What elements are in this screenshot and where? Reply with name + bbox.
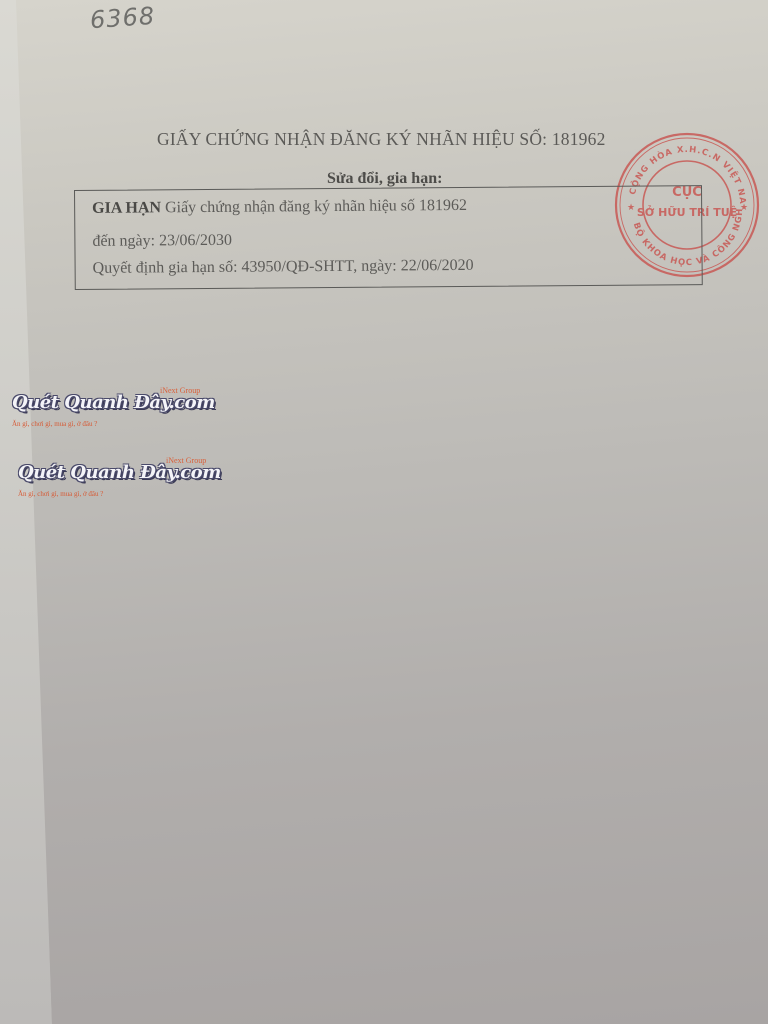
renewal-label: GIA HẠN xyxy=(92,199,161,217)
renewal-box: GIA HẠN Giấy chứng nhận đăng ký nhãn hiệ… xyxy=(74,185,703,290)
renewal-certificate-text: Giấy chứng nhận đăng ký nhãn hiệu số 181… xyxy=(161,197,467,216)
certificate-title: GIẤY CHỨNG NHẬN ĐĂNG KÝ NHÃN HIỆU SỐ: 18… xyxy=(157,129,606,150)
watermark-logo: iNext Group Quét Quanh Đây.com Ăn gì, ch… xyxy=(16,456,226,502)
renewal-valid-until: đến ngày: 23/06/2030 xyxy=(92,232,232,251)
watermark-tagline: Ăn gì, chơi gì, mua gì, ở đâu ? xyxy=(12,420,97,428)
renewal-line-1: GIA HẠN Giấy chứng nhận đăng ký nhãn hiệ… xyxy=(92,197,467,218)
handwritten-number: 6368 xyxy=(89,2,156,34)
renewal-decision: Quyết định gia hạn số: 43950/QĐ-SHTT, ng… xyxy=(93,257,474,278)
watermark-brand: Quét Quanh Đây.com xyxy=(12,392,215,413)
watermark-tagline: Ăn gì, chơi gì, mua gì, ở đâu ? xyxy=(18,490,103,498)
watermark-brand: Quét Quanh Đây.com xyxy=(18,462,221,483)
watermark-logo: iNext Group Quét Quanh Đây.com Ăn gì, ch… xyxy=(10,386,220,432)
amendment-heading: Sửa đổi, gia hạn: xyxy=(327,170,442,188)
svg-text:★: ★ xyxy=(740,202,748,212)
